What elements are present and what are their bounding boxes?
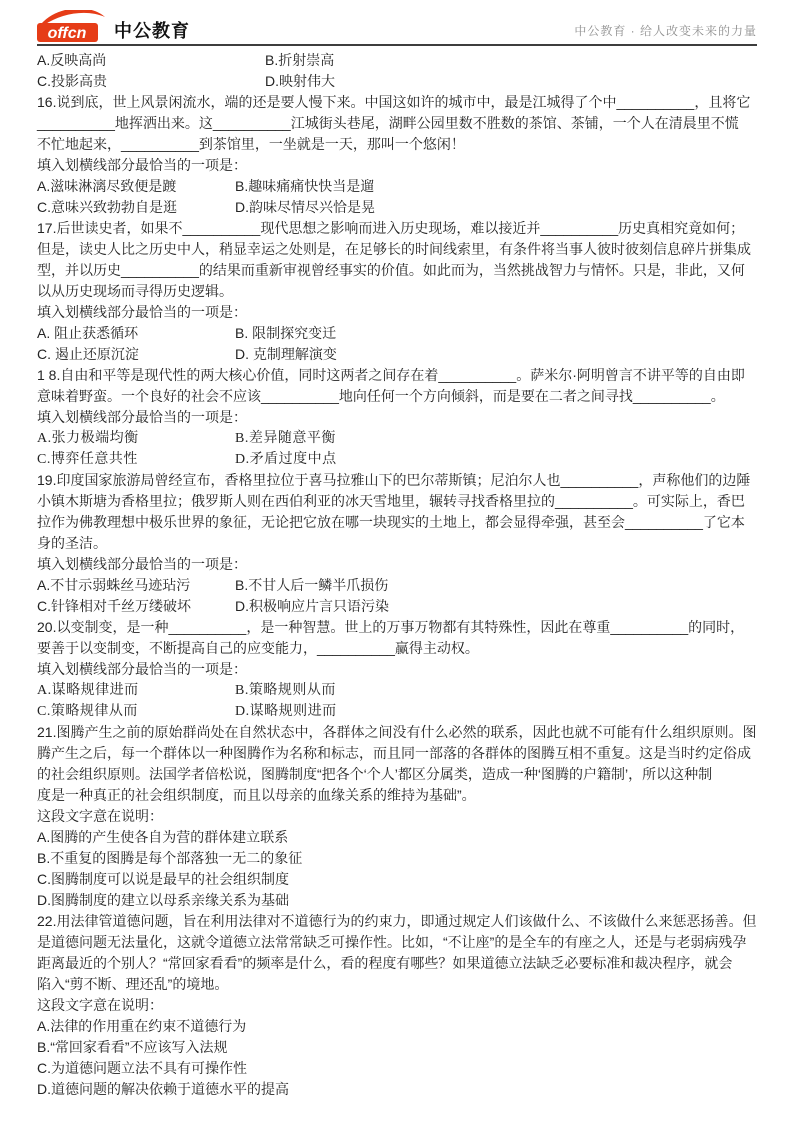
line-main: A.法律的作用重在约束不道德行为 <box>37 1016 246 1037</box>
header-divider <box>37 44 757 46</box>
header: offcn 中公教育 中公教育 · 给人改变未来的力量 <box>37 5 757 44</box>
line-main: A.滋味淋漓尽致便是踱 <box>37 176 235 197</box>
text-line: 型，并以历史__________的结果而重新审视曾经事实的价值。如此而为，当然挑… <box>37 260 763 281</box>
line-main: 21.图腾产生之前的原始群尚处在自然状态中，各群体之间没有什么必然的联系，因此也… <box>37 722 756 743</box>
text-line: C.图腾制度可以说是最早的社会组织制度 <box>37 869 763 890</box>
line-main: A. 阻止获悉循环 <box>37 323 235 344</box>
line-main: 1 8.自由和平等是现代性的两大核心价值，同时这两者之间存在着_________… <box>37 365 745 386</box>
line-main: 是道德问题无法量化，这就令道德立法常常缺乏可操作性。比如，“不让座”的是全车的有… <box>37 932 746 953</box>
line-main: 填入划横线部分最恰当的一项是： <box>37 155 247 176</box>
text-line: 22.用法律管道德问题，旨在利用法律对不道德行为的约束力，即通过规定人们该做什么… <box>37 911 763 932</box>
text-line: 不忙地起来，__________到茶馆里，一坐就是一天，那叫一个悠闲！ <box>37 134 763 155</box>
text-line: C. 遏止还原沉淀 D. 克制理解演变 <box>37 344 763 365</box>
text-line: 要善于以变制变，不断提高自己的应变能力，__________赢得主动权。 <box>37 638 763 659</box>
text-line: 距离最近的个别人？“常回家看看”的频率是什么，看的程度有哪些？如果道德立法缺乏必… <box>37 953 763 974</box>
text-line: 填入划横线部分最恰当的一项是： <box>37 554 763 575</box>
text-line: A.图腾的产生使各自为营的群体建立联系 <box>37 827 763 848</box>
text-line: 1 8.自由和平等是现代性的两大核心价值，同时这两者之间存在着_________… <box>37 365 763 386</box>
line-main: 不忙地起来，__________到茶馆里，一坐就是一天，那叫一个悠闲！ <box>37 134 465 155</box>
text-line: 填入划横线部分最恰当的一项是： <box>37 407 763 428</box>
text-line: 填入划横线部分最恰当的一项是： <box>37 155 763 176</box>
header-slogan: 中公教育 · 给人改变未来的力量 <box>574 22 757 44</box>
line-main: A.不甘示弱蛛丝马迹玷污 <box>37 575 235 596</box>
line-main: C.投影高贵 <box>37 71 265 92</box>
line-main: 意味着野蛮。一个良好的社会不应该__________地向任何一个方向倾斜，而是要… <box>37 386 725 407</box>
line-main: 16.说到底，世上风景闲流水，端的还是要人慢下来。中国这如许的城市中，最是江城得… <box>37 92 750 113</box>
line-main: 以从历史现场而寻得历史逻辑。 <box>37 281 233 302</box>
line-col2: B.折射崇高 <box>265 50 334 71</box>
exam-page: offcn 中公教育 中公教育 · 给人改变未来的力量 A.反映高尚 B.折射崇… <box>0 0 794 1123</box>
line-main: A.谋略规律进而 <box>37 680 235 701</box>
text-line: D.道德问题的解决依赖于道德水平的提高 <box>37 1079 763 1100</box>
text-line: 20.以变制变，是一种__________，是一种智慧。世上的万事万物都有其特殊… <box>37 617 763 638</box>
line-col2: B.趣味痛痛快快当是遛 <box>235 176 374 197</box>
text-line: 陷入“剪不断、理还乱”的境地。 <box>37 974 763 995</box>
text-line: 是道德问题无法量化，这就令道德立法常常缺乏可操作性。比如，“不让座”的是全车的有… <box>37 932 763 953</box>
line-main: 20.以变制变，是一种__________，是一种智慧。世上的万事万物都有其特殊… <box>37 617 744 638</box>
text-line: C.针锋相对千丝万缕破坏 D.积极响应片言只语污染 <box>37 596 763 617</box>
text-line: 19.印度国家旅游局曾经宣布，香格里拉位于喜马拉雅山下的巴尔蒂斯镇；尼泊尔人也_… <box>37 470 763 491</box>
line-col2: D.谋略规则进而 <box>235 701 337 722</box>
line-main: 腾产生之后，每一个群体以一种图腾作为名称和标志，而且同一部落的各群体的图腾互相不… <box>37 743 751 764</box>
line-main: B.“常回家看看”不应该写入法规 <box>37 1037 228 1058</box>
text-line: 腾产生之后，每一个群体以一种图腾作为名称和标志，而且同一部落的各群体的图腾互相不… <box>37 743 763 764</box>
text-line: A.张力极端均衡 B.差异随意平衡 <box>37 428 763 449</box>
line-col2: B.策略规则从而 <box>235 680 336 701</box>
text-line: 身的圣洁。 <box>37 533 763 554</box>
text-line: A.法律的作用重在约束不道德行为 <box>37 1016 763 1037</box>
line-main: 19.印度国家旅游局曾经宣布，香格里拉位于喜马拉雅山下的巴尔蒂斯镇；尼泊尔人也_… <box>37 470 750 491</box>
text-line: 但是，读史人比之历史中人，稍显幸运之处则是，在足够长的时间线索里，有条件将当事人… <box>37 239 763 260</box>
text-line: B.不重复的图腾是每个部落独一无二的象征 <box>37 848 763 869</box>
line-main: 度是一种真正的社会组织制度，而且以母亲的血缘关系的维持为基础”。 <box>37 785 476 806</box>
line-main: 但是，读史人比之历史中人，稍显幸运之处则是，在足够长的时间线索里，有条件将当事人… <box>37 239 751 260</box>
line-col2: B.差异随意平衡 <box>235 428 336 449</box>
line-main: 身的圣洁。 <box>37 533 107 554</box>
line-col2: B. 限制探究变迁 <box>235 323 336 344</box>
line-main: A.张力极端均衡 <box>37 428 235 449</box>
line-main: 22.用法律管道德问题，旨在利用法律对不道德行为的约束力，即通过规定人们该做什么… <box>37 911 756 932</box>
line-col2: D.映射伟大 <box>265 71 335 92</box>
line-main: C.为道德问题立法不具有可操作性 <box>37 1058 247 1079</box>
line-col2: B.不甘人后一鳞半爪损伤 <box>235 575 388 596</box>
offcn-logo: offcn 中公教育 <box>37 10 190 44</box>
line-main: A.反映高尚 <box>37 50 265 71</box>
text-line: 拉作为佛教理想中极乐世界的象征，无论把它放在哪一块现实的土地上，都会显得牵强，甚… <box>37 512 763 533</box>
text-line: C.策略规律从而 D.谋略规则进而 <box>37 701 763 722</box>
line-main: 这段文字意在说明： <box>37 995 163 1016</box>
text-line: B.“常回家看看”不应该写入法规 <box>37 1037 763 1058</box>
text-line: 17.后世读史者，如果不__________现代思想之影响而进入历史现场，难以接… <box>37 218 763 239</box>
text-line: __________地挥洒出来。这__________江城街头巷尾，湖畔公园里数… <box>37 113 763 134</box>
line-main: C. 遏止还原沉淀 <box>37 344 235 365</box>
text-line: A. 阻止获悉循环 B. 限制探究变迁 <box>37 323 763 344</box>
line-col2: D.韵味尽情尽兴恰是晃 <box>235 197 375 218</box>
line-main: 填入划横线部分最恰当的一项是： <box>37 659 247 680</box>
text-line: 填入划横线部分最恰当的一项是： <box>37 302 763 323</box>
text-line: 小镇木斯塘为香格里拉；俄罗斯人则在西伯利亚的冰天雪地里，辗转寻找香格里拉的___… <box>37 491 763 512</box>
line-main: 这段文字意在说明： <box>37 806 163 827</box>
line-main: 填入划横线部分最恰当的一项是： <box>37 407 247 428</box>
text-line: C.意味兴致勃勃自是逛 D.韵味尽情尽兴恰是晃 <box>37 197 763 218</box>
text-line: D.图腾制度的建立以母系亲缘关系为基础 <box>37 890 763 911</box>
line-col2: D. 克制理解演变 <box>235 344 337 365</box>
line-main: 要善于以变制变，不断提高自己的应变能力，__________赢得主动权。 <box>37 638 479 659</box>
text-line: 这段文字意在说明： <box>37 806 763 827</box>
text-line: C.博弈任意共性 D.矛盾过度中点 <box>37 449 763 470</box>
line-main: C.图腾制度可以说是最早的社会组织制度 <box>37 869 289 890</box>
line-main: C.策略规律从而 <box>37 701 235 722</box>
line-main: D.图腾制度的建立以母系亲缘关系为基础 <box>37 890 289 911</box>
text-line: A.不甘示弱蛛丝马迹玷污 B.不甘人后一鳞半爪损伤 <box>37 575 763 596</box>
line-main: 17.后世读史者，如果不__________现代思想之影响而进入历史现场，难以接… <box>37 218 744 239</box>
text-line: A.滋味淋漓尽致便是踱 B.趣味痛痛快快当是遛 <box>37 176 763 197</box>
text-line: 以从历史现场而寻得历史逻辑。 <box>37 281 763 302</box>
text-line: A.反映高尚 B.折射崇高 <box>37 50 763 71</box>
line-main: C.博弈任意共性 <box>37 449 235 470</box>
line-main: __________地挥洒出来。这__________江城街头巷尾，湖畔公园里数… <box>37 113 739 134</box>
text-line: 这段文字意在说明： <box>37 995 763 1016</box>
line-col2: D.矛盾过度中点 <box>235 449 337 470</box>
text-line: 度是一种真正的社会组织制度，而且以母亲的血缘关系的维持为基础”。 <box>37 785 763 806</box>
logo-latin-text: offcn <box>48 25 87 42</box>
line-main: D.道德问题的解决依赖于道德水平的提高 <box>37 1079 289 1100</box>
text-line: 填入划横线部分最恰当的一项是： <box>37 659 763 680</box>
logo-swoosh <box>41 10 105 25</box>
text-line: C.投影高贵 D.映射伟大 <box>37 71 763 92</box>
line-main: A.图腾的产生使各自为营的群体建立联系 <box>37 827 288 848</box>
line-main: 陷入“剪不断、理还乱”的境地。 <box>37 974 228 995</box>
line-main: 距离最近的个别人？“常回家看看”的频率是什么，看的程度有哪些？如果道德立法缺乏必… <box>37 953 732 974</box>
line-col2: D.积极响应片言只语污染 <box>235 596 389 617</box>
line-main: 拉作为佛教理想中极乐世界的象征，无论把它放在哪一块现实的土地上，都会显得牵强，甚… <box>37 512 745 533</box>
text-line: 意味着野蛮。一个良好的社会不应该__________地向任何一个方向倾斜，而是要… <box>37 386 763 407</box>
text-line: A.谋略规律进而 B.策略规则从而 <box>37 680 763 701</box>
line-main: 的社会组织原则。法国学者倍松说，图腾制度“把各个‘个人’都区分属类，造成一种‘图… <box>37 764 712 785</box>
line-main: 填入划横线部分最恰当的一项是： <box>37 302 247 323</box>
line-main: 填入划横线部分最恰当的一项是： <box>37 554 247 575</box>
offcn-logo-icon: offcn <box>37 10 107 44</box>
text-line: C.为道德问题立法不具有可操作性 <box>37 1058 763 1079</box>
logo-cn-text: 中公教育 <box>114 17 190 44</box>
line-main: 小镇木斯塘为香格里拉；俄罗斯人则在西伯利亚的冰天雪地里，辗转寻找香格里拉的___… <box>37 491 745 512</box>
line-main: C.针锋相对千丝万缕破坏 <box>37 596 235 617</box>
line-main: C.意味兴致勃勃自是逛 <box>37 197 235 218</box>
document-body: A.反映高尚 B.折射崇高 C.投影高贵 D.映射伟大 16.说到底，世上风景闲… <box>37 50 763 1100</box>
line-main: 型，并以历史__________的结果而重新审视曾经事实的价值。如此而为，当然挑… <box>37 260 745 281</box>
text-line: 16.说到底，世上风景闲流水，端的还是要人慢下来。中国这如许的城市中，最是江城得… <box>37 92 763 113</box>
line-main: B.不重复的图腾是每个部落独一无二的象征 <box>37 848 302 869</box>
text-line: 21.图腾产生之前的原始群尚处在自然状态中，各群体之间没有什么必然的联系，因此也… <box>37 722 763 743</box>
text-line: 的社会组织原则。法国学者倍松说，图腾制度“把各个‘个人’都区分属类，造成一种‘图… <box>37 764 763 785</box>
